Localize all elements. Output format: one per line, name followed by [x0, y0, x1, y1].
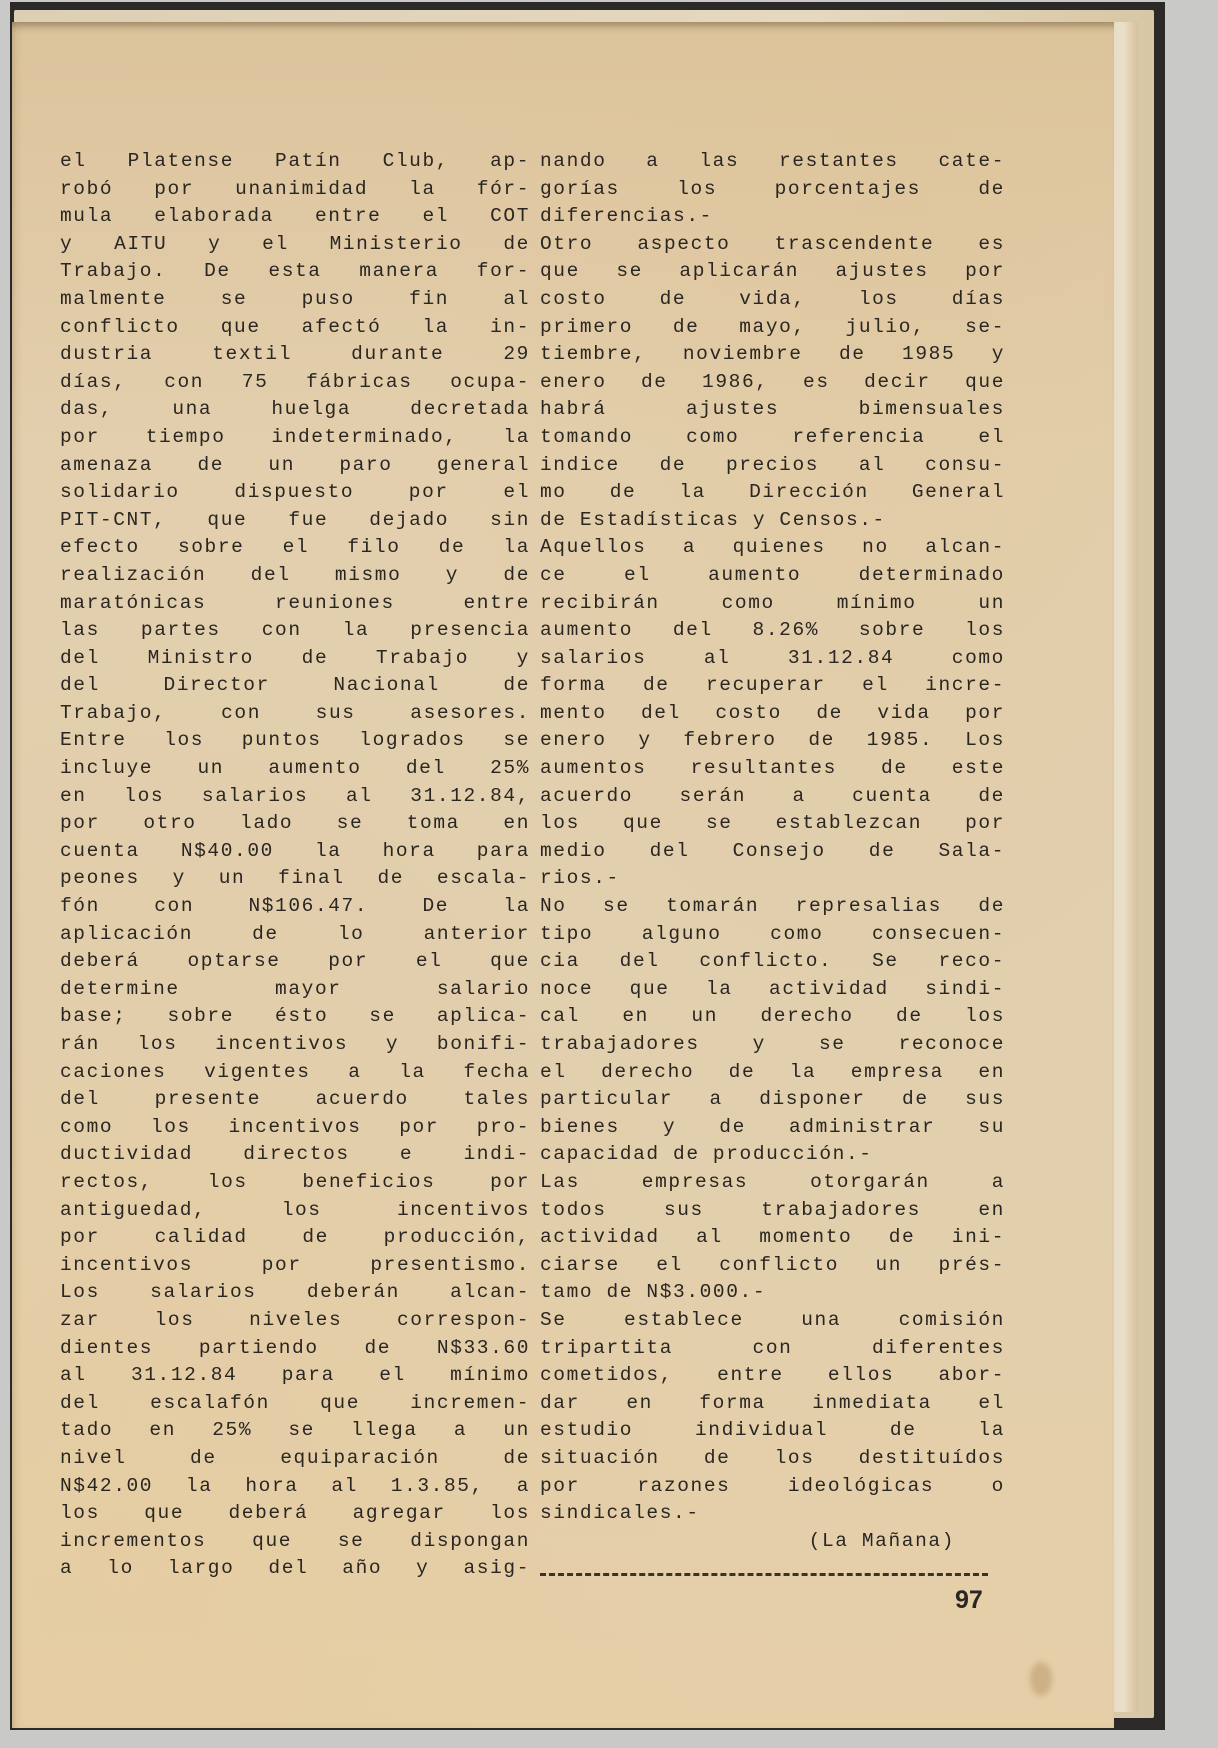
- text-line: incentivos por presentismo.: [60, 1252, 530, 1280]
- text-line: aumentos resultantes de este: [540, 755, 1005, 783]
- source-attribution: (La Mañana): [540, 1528, 1005, 1556]
- text-line: y AITU y el Ministerio de: [60, 231, 530, 259]
- text-line: gorías los porcentajes de: [540, 176, 1005, 204]
- text-line: al 31.12.84 para el mínimo: [60, 1362, 530, 1390]
- text-line: del Ministro de Trabajo y: [60, 645, 530, 673]
- text-line: Los salarios deberán alcan-: [60, 1279, 530, 1307]
- text-line: zar los niveles correspon-: [60, 1307, 530, 1335]
- text-line: caciones vigentes a la fecha: [60, 1059, 530, 1087]
- text-line: conflicto que afectó la in-: [60, 314, 530, 342]
- text-line: aumento del 8.26% sobre los: [540, 617, 1005, 645]
- text-line: trabajadores y se reconoce: [540, 1031, 1005, 1059]
- text-line: fón con N$106.47. De la: [60, 893, 530, 921]
- text-line: del Director Nacional de: [60, 672, 530, 700]
- text-line: por calidad de producción,: [60, 1224, 530, 1252]
- text-line: del presente acuerdo tales: [60, 1086, 530, 1114]
- text-line: particular a disponer de sus: [540, 1086, 1005, 1114]
- text-line: aplicación de lo anterior: [60, 921, 530, 949]
- text-line: los que deberá agregar los: [60, 1500, 530, 1528]
- text-line: robó por unanimidad la fór-: [60, 176, 530, 204]
- text-line: malmente se puso fin al: [60, 286, 530, 314]
- text-line: dientes partiendo de N$33.60: [60, 1335, 530, 1363]
- dashed-separator-rule: [540, 1573, 988, 1576]
- text-line: deberá optarse por el que: [60, 948, 530, 976]
- text-line: amenaza de un paro general: [60, 452, 530, 480]
- right-text-column: nando a las restantes cate-gorías los po…: [540, 148, 1005, 1555]
- text-line: realización del mismo y de: [60, 562, 530, 590]
- text-line: Trabajo. De esta manera for-: [60, 258, 530, 286]
- text-line: situación de los destituídos: [540, 1445, 1005, 1473]
- text-line: cal en un derecho de los: [540, 1003, 1005, 1031]
- text-line: enero y febrero de 1985. Los: [540, 727, 1005, 755]
- text-line: PIT-CNT, que fue dejado sin: [60, 507, 530, 535]
- text-line: efecto sobre el filo de la: [60, 534, 530, 562]
- text-line: del escalafón que incremen-: [60, 1390, 530, 1418]
- text-line: cia del conflicto. Se reco-: [540, 948, 1005, 976]
- text-line: Otro aspecto trascendente es: [540, 231, 1005, 259]
- text-line: tamo de N$3.000.-: [540, 1279, 1005, 1307]
- text-line: Las empresas otorgarán a: [540, 1169, 1005, 1197]
- text-line: peones y un final de escala-: [60, 865, 530, 893]
- text-line: el Platense Patín Club, ap-: [60, 148, 530, 176]
- text-line: forma de recuperar el incre-: [540, 672, 1005, 700]
- text-line: actividad al momento de ini-: [540, 1224, 1005, 1252]
- text-line: de Estadísticas y Censos.-: [540, 507, 1005, 535]
- text-line: diferencias.-: [540, 203, 1005, 231]
- text-line: Aquellos a quienes no alcan-: [540, 534, 1005, 562]
- page-number: 97: [955, 1586, 983, 1615]
- text-line: antiguedad, los incentivos: [60, 1197, 530, 1225]
- text-line: solidario dispuesto por el: [60, 479, 530, 507]
- text-line: costo de vida, los días: [540, 286, 1005, 314]
- text-line: indice de precios al consu-: [540, 452, 1005, 480]
- text-line: Entre los puntos logrados se: [60, 727, 530, 755]
- text-line: como los incentivos por pro-: [60, 1114, 530, 1142]
- text-line: dustria textil durante 29: [60, 341, 530, 369]
- text-line: nando a las restantes cate-: [540, 148, 1005, 176]
- text-line: tipo alguno como consecuen-: [540, 921, 1005, 949]
- text-line: mo de la Dirección General: [540, 479, 1005, 507]
- text-line: tomando como referencia el: [540, 424, 1005, 452]
- text-line: incrementos que se dispongan: [60, 1528, 530, 1556]
- text-line: acuerdo serán a cuenta de: [540, 783, 1005, 811]
- text-line: ce el aumento determinado: [540, 562, 1005, 590]
- text-line: tiembre, noviembre de 1985 y: [540, 341, 1005, 369]
- text-line: las partes con la presencia: [60, 617, 530, 645]
- text-line: tripartita con diferentes: [540, 1335, 1005, 1363]
- text-line: No se tomarán represalias de: [540, 893, 1005, 921]
- text-line: enero de 1986, es decir que: [540, 369, 1005, 397]
- text-line: medio del Consejo de Sala-: [540, 838, 1005, 866]
- text-line: estudio individual de la: [540, 1417, 1005, 1445]
- text-line: das, una huelga decretada: [60, 396, 530, 424]
- text-line: a lo largo del año y asig-: [60, 1555, 530, 1583]
- left-text-column: el Platense Patín Club, ap-robó por unan…: [60, 148, 530, 1583]
- text-line: Trabajo, con sus asesores.: [60, 700, 530, 728]
- text-line: por tiempo indeterminado, la: [60, 424, 530, 452]
- paper-stain: [1030, 1662, 1052, 1696]
- text-line: los que se establezcan por: [540, 810, 1005, 838]
- text-line: mento del costo de vida por: [540, 700, 1005, 728]
- text-line: sindicales.-: [540, 1500, 1005, 1528]
- text-line: primero de mayo, julio, se-: [540, 314, 1005, 342]
- text-line: base; sobre ésto se aplica-: [60, 1003, 530, 1031]
- text-line: ductividad directos e indi-: [60, 1141, 530, 1169]
- text-line: bienes y de administrar su: [540, 1114, 1005, 1142]
- text-line: dar en forma inmediata el: [540, 1390, 1005, 1418]
- text-line: por otro lado se toma en: [60, 810, 530, 838]
- text-line: capacidad de producción.-: [540, 1141, 1005, 1169]
- text-line: noce que la actividad sindi-: [540, 976, 1005, 1004]
- text-line: rán los incentivos y bonifi-: [60, 1031, 530, 1059]
- text-line: ciarse el conflicto un prés-: [540, 1252, 1005, 1280]
- text-line: tado en 25% se llega a un: [60, 1417, 530, 1445]
- text-line: Se establece una comisión: [540, 1307, 1005, 1335]
- text-line: incluye un aumento del 25%: [60, 755, 530, 783]
- text-line: rios.-: [540, 865, 1005, 893]
- text-line: maratónicas reuniones entre: [60, 590, 530, 618]
- text-line: mula elaborada entre el COT: [60, 203, 530, 231]
- text-line: cuenta N$40.00 la hora para: [60, 838, 530, 866]
- text-line: en los salarios al 31.12.84,: [60, 783, 530, 811]
- text-line: N$42.00 la hora al 1.3.85, a: [60, 1473, 530, 1501]
- text-line: el derecho de la empresa en: [540, 1059, 1005, 1087]
- text-line: que se aplicarán ajustes por: [540, 258, 1005, 286]
- text-line: nivel de equiparación de: [60, 1445, 530, 1473]
- text-line: recibirán como mínimo un: [540, 590, 1005, 618]
- text-line: determine mayor salario: [60, 976, 530, 1004]
- text-line: por razones ideológicas o: [540, 1473, 1005, 1501]
- text-line: todos sus trabajadores en: [540, 1197, 1005, 1225]
- text-line: salarios al 31.12.84 como: [540, 645, 1005, 673]
- text-line: cometidos, entre ellos abor-: [540, 1362, 1005, 1390]
- text-line: días, con 75 fábricas ocupa-: [60, 369, 530, 397]
- text-line: rectos, los beneficios por: [60, 1169, 530, 1197]
- text-line: habrá ajustes bimensuales: [540, 396, 1005, 424]
